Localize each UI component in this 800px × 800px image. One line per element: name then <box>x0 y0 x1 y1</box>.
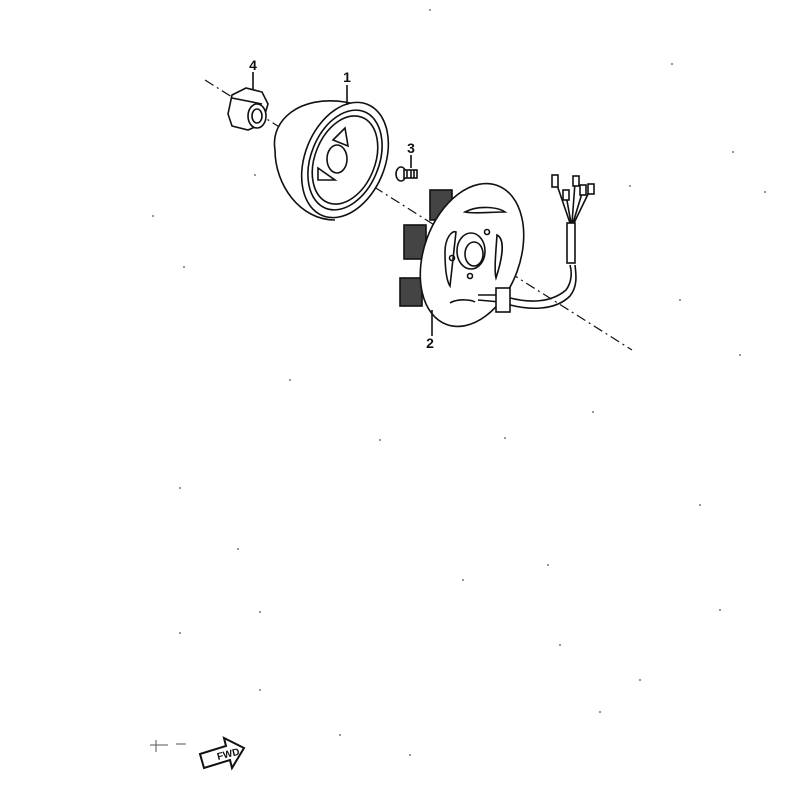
callout-2: 2 <box>426 335 434 351</box>
stator-drawing <box>400 169 542 341</box>
diagram-drawing: FWD <box>0 0 800 800</box>
parts-diagram: FWD 4 1 3 2 <box>0 0 800 800</box>
fwd-arrow-icon: FWD <box>200 738 244 768</box>
callout-1: 1 <box>343 69 351 85</box>
flywheel-drawing <box>274 89 404 230</box>
hex-nut-drawing <box>228 88 268 130</box>
bolt-drawing <box>396 167 417 181</box>
callout-3: 3 <box>407 140 415 156</box>
callout-4: 4 <box>249 57 257 73</box>
